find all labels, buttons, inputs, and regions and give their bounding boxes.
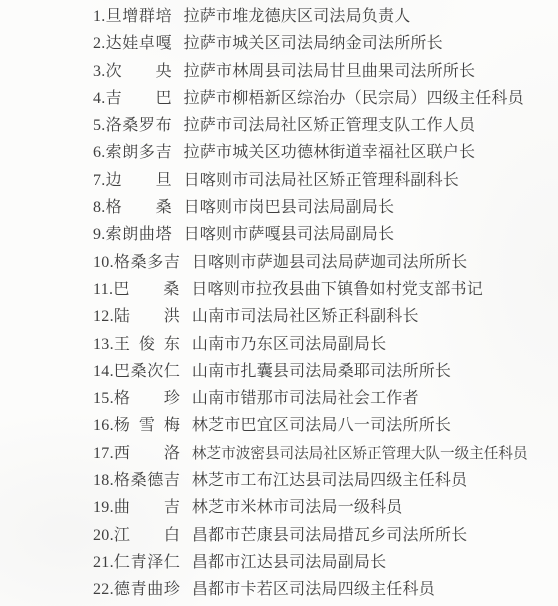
person-title: 林芝市巴宜区司法局八一司法所所长 [192, 417, 451, 434]
item-number: 20. [93, 527, 114, 544]
person-title: 林芝市米林市司法局一级科员 [192, 499, 403, 516]
person-title: 拉萨市林周县司法局甘旦曲果司法所所长 [184, 63, 476, 80]
person-name: 格桑德吉 [114, 467, 180, 494]
list-item: 3.次央拉萨市林周县司法局甘旦曲果司法所所长 [93, 58, 558, 85]
person-title: 拉萨市柳梧新区综治办（民宗局）四级主任科员 [184, 90, 524, 107]
person-title: 林芝市波密县司法局社区矫正管理大队一级主任科员 [192, 446, 528, 462]
list-item: 20.江白昌都市芒康县司法局措瓦乡司法所所长 [93, 522, 558, 549]
list-item: 19.曲吉林芝市米林市司法局一级科员 [93, 494, 558, 521]
person-title: 山南市错那市司法局社会工作者 [192, 390, 419, 407]
person-title: 日喀则市拉孜县曲下镇鲁如村党支部书记 [191, 281, 483, 298]
person-title: 山南市扎囊县司法局桑耶司法所所长 [192, 363, 451, 380]
list-item: 15.格珍山南市错那市司法局社会工作者 [93, 385, 558, 412]
person-name: 巴桑次仁 [114, 358, 180, 385]
person-name: 索朗多吉 [106, 139, 172, 166]
person-name: 边旦 [106, 167, 172, 194]
item-number: 11. [93, 281, 113, 298]
person-title: 拉萨市司法局社区矫正管理支队工作人员 [184, 117, 476, 134]
list-item: 11.巴桑日喀则市拉孜县曲下镇鲁如村党支部书记 [93, 276, 558, 303]
item-number: 5. [93, 117, 106, 134]
item-number: 21. [93, 554, 114, 571]
person-title: 日喀则市岗巴县司法局副局长 [184, 199, 395, 216]
list-item: 1.旦增群培拉萨市堆龙德庆区司法局负责人 [93, 3, 558, 30]
list-item: 6.索朗多吉拉萨市城关区功德林街道幸福社区联户长 [93, 139, 558, 166]
person-name: 杨雪梅 [114, 412, 180, 439]
person-name: 德青曲珍 [114, 576, 180, 603]
person-title: 山南市乃东区司法局副局长 [192, 336, 386, 353]
list-item: 9.索朗曲塔日喀则市萨嘎县司法局副局长 [93, 221, 558, 248]
person-name: 吉巴 [106, 85, 172, 112]
person-title: 山南市司法局社区矫正科副科长 [192, 308, 419, 325]
list-item: 14.巴桑次仁山南市扎囊县司法局桑耶司法所所长 [93, 358, 558, 385]
person-title: 日喀则市萨嘎县司法局副局长 [184, 226, 395, 243]
item-number: 3. [93, 63, 106, 80]
item-number: 2. [93, 35, 106, 52]
person-title: 昌都市卡若区司法局四级主任科员 [192, 581, 435, 598]
item-number: 8. [93, 199, 106, 216]
item-number: 6. [93, 144, 106, 161]
person-name: 江白 [114, 522, 180, 549]
person-name: 陆洪 [114, 303, 180, 330]
item-number: 4. [93, 90, 106, 107]
item-number: 12. [93, 308, 114, 325]
document-page: 1.旦增群培拉萨市堆龙德庆区司法局负责人 2.达娃卓嘎拉萨市城关区司法局纳金司法… [0, 0, 558, 606]
person-name: 达娃卓嘎 [106, 30, 172, 57]
item-number: 10. [93, 254, 114, 271]
person-name: 洛桑罗布 [106, 112, 172, 139]
person-name: 巴桑 [113, 276, 179, 303]
list-item: 12.陆洪山南市司法局社区矫正科副科长 [93, 303, 558, 330]
person-name: 曲吉 [114, 494, 180, 521]
person-name: 王俊东 [114, 331, 180, 358]
person-name: 仁青泽仁 [114, 549, 180, 576]
award-list: 1.旦增群培拉萨市堆龙德庆区司法局负责人 2.达娃卓嘎拉萨市城关区司法局纳金司法… [0, 0, 558, 604]
item-number: 16. [93, 417, 114, 434]
person-title: 日喀则市萨迦县司法局萨迦司法所所长 [192, 254, 467, 271]
item-number: 15. [93, 390, 114, 407]
person-name: 西洛 [114, 440, 180, 467]
list-item: 17.西洛林芝市波密县司法局社区矫正管理大队一级主任科员 [93, 440, 558, 467]
list-item: 8.格桑日喀则市岗巴县司法局副局长 [93, 194, 558, 221]
list-item: 18.格桑德吉林芝市工布江达县司法局四级主任科员 [93, 467, 558, 494]
person-name: 次央 [106, 58, 172, 85]
person-title: 拉萨市城关区功德林街道幸福社区联户长 [184, 144, 476, 161]
list-item: 7.边旦日喀则市司法局社区矫正管理科副科长 [93, 167, 558, 194]
item-number: 18. [93, 472, 114, 489]
person-title: 拉萨市城关区司法局纳金司法所所长 [184, 35, 443, 52]
person-name: 索朗曲塔 [106, 221, 172, 248]
person-title: 昌都市芒康县司法局措瓦乡司法所所长 [192, 527, 467, 544]
item-number: 17. [93, 445, 114, 462]
item-number: 13. [93, 336, 114, 353]
person-name: 格珍 [114, 385, 180, 412]
person-title: 昌都市江达县司法局副局长 [192, 554, 386, 571]
list-item: 16.杨雪梅林芝市巴宜区司法局八一司法所所长 [93, 412, 558, 439]
person-name: 格桑多吉 [114, 249, 180, 276]
list-item: 4.吉巴拉萨市柳梧新区综治办（民宗局）四级主任科员 [93, 85, 558, 112]
item-number: 19. [93, 499, 114, 516]
list-item: 2.达娃卓嘎拉萨市城关区司法局纳金司法所所长 [93, 30, 558, 57]
person-name: 旦增群培 [106, 3, 172, 30]
person-title: 拉萨市堆龙德庆区司法局负责人 [184, 8, 411, 25]
item-number: 14. [93, 363, 114, 380]
list-item: 10.格桑多吉日喀则市萨迦县司法局萨迦司法所所长 [93, 249, 558, 276]
person-title: 日喀则市司法局社区矫正管理科副科长 [184, 172, 459, 189]
list-item: 21.仁青泽仁昌都市江达县司法局副局长 [93, 549, 558, 576]
item-number: 9. [93, 226, 106, 243]
list-item: 22.德青曲珍昌都市卡若区司法局四级主任科员 [93, 576, 558, 603]
person-title: 林芝市工布江达县司法局四级主任科员 [192, 472, 467, 489]
list-item: 5.洛桑罗布拉萨市司法局社区矫正管理支队工作人员 [93, 112, 558, 139]
person-name: 格桑 [106, 194, 172, 221]
list-item: 13.王俊东山南市乃东区司法局副局长 [93, 331, 558, 358]
item-number: 22. [93, 581, 114, 598]
item-number: 1. [93, 8, 106, 25]
item-number: 7. [93, 172, 106, 189]
